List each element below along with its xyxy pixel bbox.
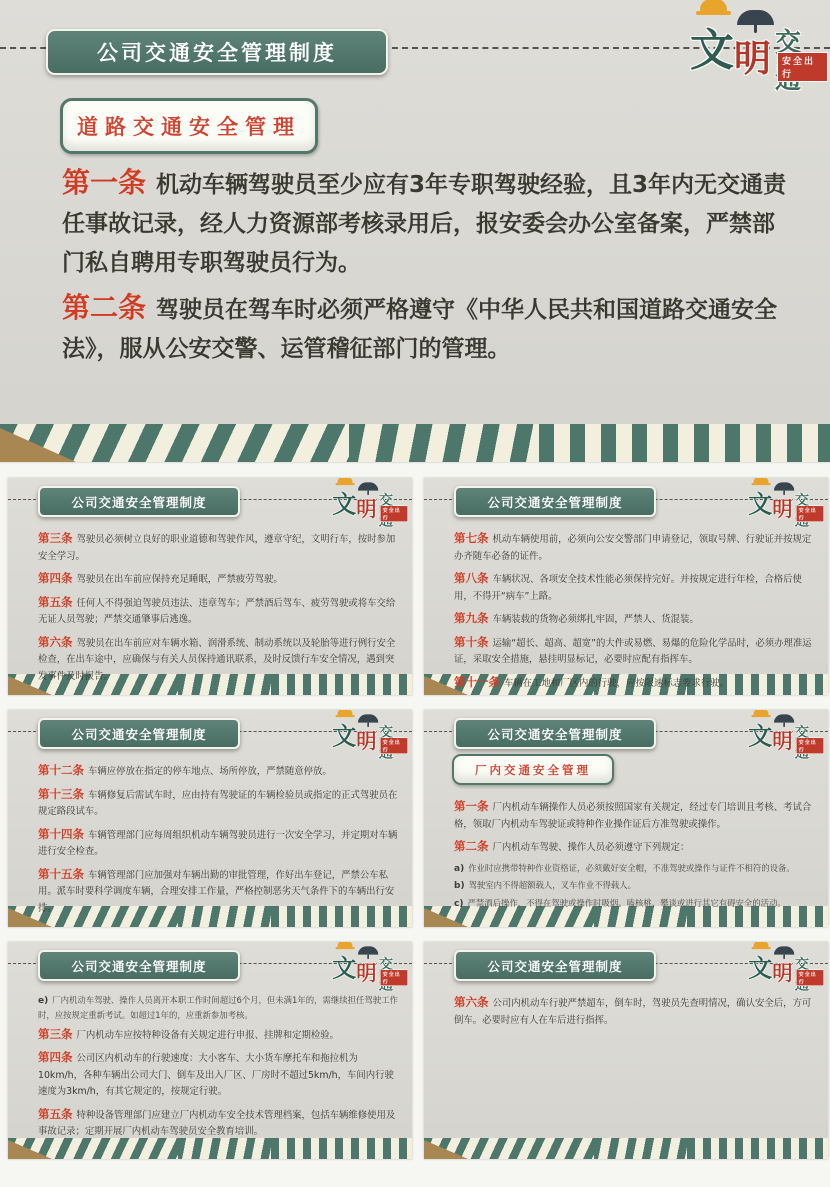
hard-hat-icon: [754, 942, 769, 948]
clause-label: 第五条: [38, 1107, 73, 1121]
clause: 第六条公司内机动车行驶严禁超车，倒车时，驾驶员先查明情况，确认安全后，方可倒车。…: [454, 994, 814, 1029]
corner-floor-graphic: [0, 428, 76, 462]
clause-text: 任何人不得强迫驾驶员违法、违章驾车；严禁酒后驾车、疲劳驾驶或将车交给无证人员驾驶…: [38, 598, 395, 626]
logo-char-ming: 明: [772, 724, 792, 754]
clause-label: 第四条: [38, 1050, 73, 1064]
clause-sub-item: e)厂内机动车驾驶、操作人员离开本职工作时间超过6个月，但未满1年的，需继续担任…: [38, 994, 398, 1023]
clause: 第六条驾驶员在出车前应对车辆水箱、润滑系统、制动系统以及轮胎等进行例行安全检查，…: [38, 634, 398, 686]
hard-hat-icon: [754, 710, 769, 716]
clause-sub-item: c)严禁酒后操作，不得在驾驶或操作时吸烟、嗑核桃、攀谈或进行其它有碍安全的活动。: [454, 897, 814, 912]
slide-body: 第七条机动车辆使用前，必须向公安交警部门申请登记，领取号牌、行驶证并按规定办齐随…: [454, 530, 814, 695]
clause-text: 运输“超长、超高、超宽”的大件或易燃、易爆的危险化学品时，必须办理准运证，采取安…: [454, 638, 812, 666]
clause-text: 公司区内机动车的行驶速度：大小客车、大小货车摩托车和拖拉机为10km/h，各种车…: [38, 1053, 394, 1097]
clause-label: 第五条: [38, 595, 73, 609]
clause-label: 第八条: [454, 571, 489, 585]
slide-title-banner: 公司交通安全管理制度: [454, 486, 656, 517]
clause-text: 驾驶室内不得超额载人，叉车作业不得载人。: [469, 880, 637, 890]
slide-title-banner: 公司交通安全管理制度: [38, 718, 240, 749]
umbrella-icon: [358, 946, 378, 954]
slide-title-banner: 公司交通安全管理制度: [38, 950, 240, 981]
clause-sub-item: a)作业时应携带特种作业资格证，必须戴好安全帽，不准驾驶或操作与证件不相符的设备…: [454, 862, 814, 877]
logo-safety-badge: 安全出行: [777, 52, 828, 82]
clause: 第八条车辆状况、各项安全技术性能必须保持完好。并按规定进行年检，合格后使用，不得…: [454, 570, 814, 605]
logo-char-wen: 文: [690, 14, 734, 78]
umbrella-icon: [358, 482, 378, 490]
clause-text: 驾驶员在出车前应保持充足睡眠，严禁疲劳驾驶。: [77, 574, 283, 585]
clause-label: b): [454, 881, 465, 891]
logo-safety-badge: 安全出行: [796, 970, 824, 987]
slide-title: 公司交通安全管理制度: [71, 957, 206, 975]
clause: 第十二条车辆应停放在指定的停车地点、场所停放，严禁随意停放。: [38, 762, 398, 781]
logo: 文 明 交通 安全出行: [690, 2, 828, 76]
clause-sub-item: b)驾驶室内不得超额载人，叉车作业不得载人。: [454, 879, 814, 894]
thumbnail-slide-1: 公司交通安全管理制度 文 明 交通 安全出行 第三条驾驶员必须树立良好的职业道德…: [8, 478, 412, 695]
clause-label: a): [454, 864, 464, 874]
clause-text: 作业时应携带特种作业资格证，必须戴好安全帽，不准驾驶或操作与证件不相符的设备。: [468, 863, 795, 873]
clause-text: 特种设备管理部门应建立厂内机动车安全技术管理档案，包括车辆维修使用及事故记录；定…: [38, 1110, 395, 1138]
logo: 文 明 交通 安全出行: [332, 942, 408, 983]
corner-floor-graphic: [8, 1140, 52, 1159]
clause: 第十一条车辆在工地和厂区内的行驶，应按限速标志要求行驶。: [454, 674, 814, 693]
hard-hat-icon: [700, 0, 727, 12]
umbrella-icon: [774, 946, 794, 954]
logo-char-ming: 明: [356, 956, 376, 986]
slide-title: 公司交通安全管理制度: [487, 493, 622, 511]
section-heading: 道路交通安全管理: [77, 111, 301, 141]
logo-char-wen: 文: [748, 485, 772, 520]
thumbnail-slide-5: 公司交通安全管理制度 文 明 交通 安全出行 e)厂内机动车驾驶、操作人员离开本…: [8, 942, 412, 1159]
clause-text: 严禁酒后操作，不得在驾驶或操作时吸烟、嗑核桃、攀谈或进行其它有碍安全的活动。: [467, 898, 785, 908]
thumbnail-slide-6: 公司交通安全管理制度 文 明 交通 安全出行 第六条公司内机动车行驶严禁超车，倒…: [424, 942, 828, 1159]
clause: 第五条特种设备管理部门应建立厂内机动车安全技术管理档案，包括车辆维修使用及事故记…: [38, 1106, 398, 1141]
clause-text: 驾驶员必须树立良好的职业道德和驾驶作风，遵章守纪，文明行车，按时参加安全学习。: [38, 534, 395, 562]
clause: 第二条厂内机动车驾驶、操作人员必须遵守下列规定：: [454, 838, 814, 857]
logo-char-ming: 明: [356, 492, 376, 522]
clause-text: 厂内机动车应按特种设备有关规定进行申报、挂牌和定期检验。: [77, 1030, 340, 1041]
slide-body: e)厂内机动车驾驶、操作人员离开本职工作时间超过6个月，但未满1年的，需继续担任…: [38, 994, 398, 1146]
clause: 第七条机动车辆使用前，必须向公安交警部门申请登记，领取号牌、行驶证并按规定办齐随…: [454, 530, 814, 565]
hard-hat-icon: [338, 710, 353, 716]
hard-hat-icon: [754, 478, 769, 484]
clause-text: 车辆状况、各项安全技术性能必须保持完好。并按规定进行年检，合格后使用，不得开“病…: [454, 574, 802, 602]
logo-safety-badge: 安全出行: [796, 506, 824, 523]
clause-label: 第九条: [454, 611, 489, 625]
slide-body: 第一条厂内机动车辆操作人员必须按照国家有关规定，经过专门培训且考核、考试合格，领…: [454, 798, 814, 915]
slide-title-banner: 公司交通安全管理制度: [454, 718, 656, 749]
clause: 第五条任何人不得强迫驾驶员违法、违章驾车；严禁酒后驾车、疲劳驾驶或将车交给无证人…: [38, 594, 398, 629]
logo-char-wen: 文: [332, 485, 356, 520]
slide-title: 公司交通安全管理制度: [487, 725, 622, 743]
slide-body: 第三条驾驶员必须树立良好的职业道德和驾驶作风，遵章守纪，文明行车，按时参加安全学…: [38, 530, 398, 690]
clause: 第三条厂内机动车应按特种设备有关规定进行申报、挂牌和定期检验。: [38, 1026, 398, 1045]
clause-label: 第一条: [62, 166, 146, 199]
thumbnail-slide-2: 公司交通安全管理制度 文 明 交通 安全出行 第七条机动车辆使用前，必须向公安交…: [424, 478, 828, 695]
clause-text: 公司内机动车行驶严禁超车，倒车时，驾驶员先查明情况，确认安全后，方可倒车。必要时…: [454, 998, 811, 1026]
hard-hat-icon: [338, 942, 353, 948]
logo-char-ming: 明: [734, 28, 771, 82]
clause-text: 车辆管理部门应每周组织机动车辆驾驶员进行一次安全学习，并定期对车辆进行安全检查。: [38, 830, 397, 858]
clause-label: 第二条: [454, 839, 489, 853]
slide-title-banner: 公司交通安全管理制度: [454, 950, 656, 981]
logo-char-wen: 文: [332, 949, 356, 984]
logo-char-wen: 文: [748, 949, 772, 984]
umbrella-icon: [774, 714, 794, 722]
main-slide: 公司交通安全管理制度 文 明 交通 安全出行 道路交通安全管理 第一条机动车辆驾…: [0, 0, 830, 462]
logo: 文 明 交通 安全出行: [748, 478, 824, 519]
corner-floor-graphic: [424, 676, 468, 695]
logo-safety-badge: 安全出行: [380, 738, 408, 755]
logo: 文 明 交通 安全出行: [332, 710, 408, 751]
umbrella-icon: [358, 714, 378, 722]
clause-text: 车辆装载的货物必须绑扎牢固，严禁人、货混装。: [493, 614, 699, 625]
clause: 第十三条车辆修复后需试车时，应由持有驾驶证的车辆检验员或指定的正式驾驶员在规定路…: [38, 786, 398, 821]
clause: 第十条运输“超长、超高、超宽”的大件或易燃、易爆的危险化学品时，必须办理准运证，…: [454, 634, 814, 669]
umbrella-icon: [774, 482, 794, 490]
thumbnail-slide-3: 公司交通安全管理制度 文 明 交通 安全出行 第十二条车辆应停放在指定的停车地点…: [8, 710, 412, 927]
section-heading: 厂内交通安全管理: [475, 762, 591, 778]
corner-floor-graphic: [424, 908, 468, 927]
slide-body: 第六条公司内机动车行驶严禁超车，倒车时，驾驶员先查明情况，确认安全后，方可倒车。…: [454, 994, 814, 1034]
clause: 第一条厂内机动车辆操作人员必须按照国家有关规定，经过专门培训且考核、考试合格，领…: [454, 798, 814, 833]
slide-title: 公司交通安全管理制度: [97, 37, 337, 67]
clause-label: 第六条: [38, 635, 73, 649]
zebra-crossing-graphic: [0, 424, 830, 462]
clause: 第四条公司区内机动车的行驶速度：大小客车、大小货车摩托车和拖拉机为10km/h，…: [38, 1049, 398, 1101]
hard-hat-icon: [338, 478, 353, 484]
logo-safety-badge: 安全出行: [380, 970, 408, 987]
logo-char-wen: 文: [332, 717, 356, 752]
corner-floor-graphic: [424, 1140, 468, 1159]
slide-title-banner: 公司交通安全管理制度: [46, 29, 388, 75]
clause-label: 第一条: [454, 799, 489, 813]
logo: 文 明 交通 安全出行: [748, 710, 824, 751]
umbrella-icon: [737, 10, 774, 25]
logo-char-ming: 明: [772, 492, 792, 522]
corner-floor-graphic: [8, 676, 52, 695]
clause-label: 第二条: [62, 291, 146, 324]
clause-text: 驾驶员在驾车时必须严格遵守《中华人民共和国道路交通安全法》，服从公安交警、运管稽…: [62, 297, 777, 362]
clause-text: 车辆应停放在指定的停车地点、场所停放，严禁随意停放。: [88, 766, 332, 777]
clause: 第一条机动车辆驾驶员至少应有3年专职驾驶经验，且3年内无交通责任事故记录，经人力…: [62, 163, 790, 283]
clause-label: 第六条: [454, 995, 489, 1009]
clause: 第四条驾驶员在出车前应保持充足睡眠，严禁疲劳驾驶。: [38, 570, 398, 589]
clause: 第三条驾驶员必须树立良好的职业道德和驾驶作风，遵章守纪，文明行车，按时参加安全学…: [38, 530, 398, 565]
clause-text: 机动车辆使用前，必须向公安交警部门申请登记，领取号牌、行驶证并按规定办齐随车必备…: [454, 534, 811, 562]
section-heading-box: 道路交通安全管理: [60, 98, 318, 154]
slide-title: 公司交通安全管理制度: [487, 957, 622, 975]
logo: 文 明 交通 安全出行: [748, 942, 824, 983]
clause-label: 第十四条: [38, 827, 84, 841]
clause: 第二条驾驶员在驾车时必须严格遵守《中华人民共和国道路交通安全法》，服从公安交警、…: [62, 288, 790, 369]
clause: 第九条车辆装载的货物必须绑扎牢固，严禁人、货混装。: [454, 610, 814, 629]
section-heading-box: 厂内交通安全管理: [452, 754, 614, 785]
clause-label: 第四条: [38, 571, 73, 585]
clause-text: 厂内机动车驾驶、操作人员必须遵守下列规定：: [493, 842, 690, 853]
slide-title: 公司交通安全管理制度: [71, 725, 206, 743]
clause-text: 驾驶员在出车前应对车辆水箱、润滑系统、制动系统以及轮胎等进行例行安全检查，在出车…: [38, 638, 395, 682]
clause-text: 车辆在工地和厂区内的行驶，应按限速标志要求行驶。: [504, 678, 729, 689]
clause-label: e): [38, 996, 48, 1006]
logo-char-wen: 文: [748, 717, 772, 752]
clause-label: 第三条: [38, 531, 73, 545]
logo-char-ming: 明: [772, 956, 792, 986]
corner-floor-graphic: [8, 908, 52, 927]
slide-body: 第十二条车辆应停放在指定的停车地点、场所停放，严禁随意停放。 第十三条车辆修复后…: [38, 762, 398, 922]
clause-text: 厂内机动车驾驶、操作人员离开本职工作时间超过6个月，但未满1年的，需继续担任驾驶…: [38, 995, 398, 1020]
zebra-crossing-graphic: [424, 1138, 828, 1159]
logo-safety-badge: 安全出行: [380, 506, 408, 523]
clause-label: 第十条: [454, 635, 489, 649]
clause-label: 第三条: [38, 1027, 73, 1041]
clause-label: 第七条: [454, 531, 489, 545]
clause-label: 第十二条: [38, 763, 84, 777]
clause-label: 第十三条: [38, 787, 84, 801]
clause: 第十五条车辆管理部门应加强对车辆出勤的审批管理，作好出车登记，严禁公车私用。派车…: [38, 866, 398, 918]
slide-body: 第一条机动车辆驾驶员至少应有3年专职驾驶经验，且3年内无交通责任事故记录，经人力…: [62, 163, 790, 374]
logo-safety-badge: 安全出行: [796, 738, 824, 755]
clause-text: 机动车辆驾驶员至少应有3年专职驾驶经验，且3年内无交通责任事故记录，经人力资源部…: [62, 172, 786, 276]
slide-title-banner: 公司交通安全管理制度: [38, 486, 240, 517]
clause-label: 第十五条: [38, 867, 84, 881]
clause-text: 车辆管理部门应加强对车辆出勤的审批管理，作好出车登记，严禁公车私用。派车时要科学…: [38, 870, 394, 914]
logo: 文 明 交通 安全出行: [332, 478, 408, 519]
clause-text: 厂内机动车辆操作人员必须按照国家有关规定，经过专门培训且考核、考试合格，领取厂内…: [454, 802, 811, 830]
clause-text: 车辆修复后需试车时，应由持有驾驶证的车辆检验员或指定的正式驾驶员在规定路段试车。: [38, 790, 397, 818]
clause: 第十四条车辆管理部门应每周组织机动车辆驾驶员进行一次安全学习，并定期对车辆进行安…: [38, 826, 398, 861]
slide-title: 公司交通安全管理制度: [71, 493, 206, 511]
thumbnail-slide-4: 公司交通安全管理制度 文 明 交通 安全出行 厂内交通安全管理 第一条厂内机动车…: [424, 710, 828, 927]
logo-char-ming: 明: [356, 724, 376, 754]
